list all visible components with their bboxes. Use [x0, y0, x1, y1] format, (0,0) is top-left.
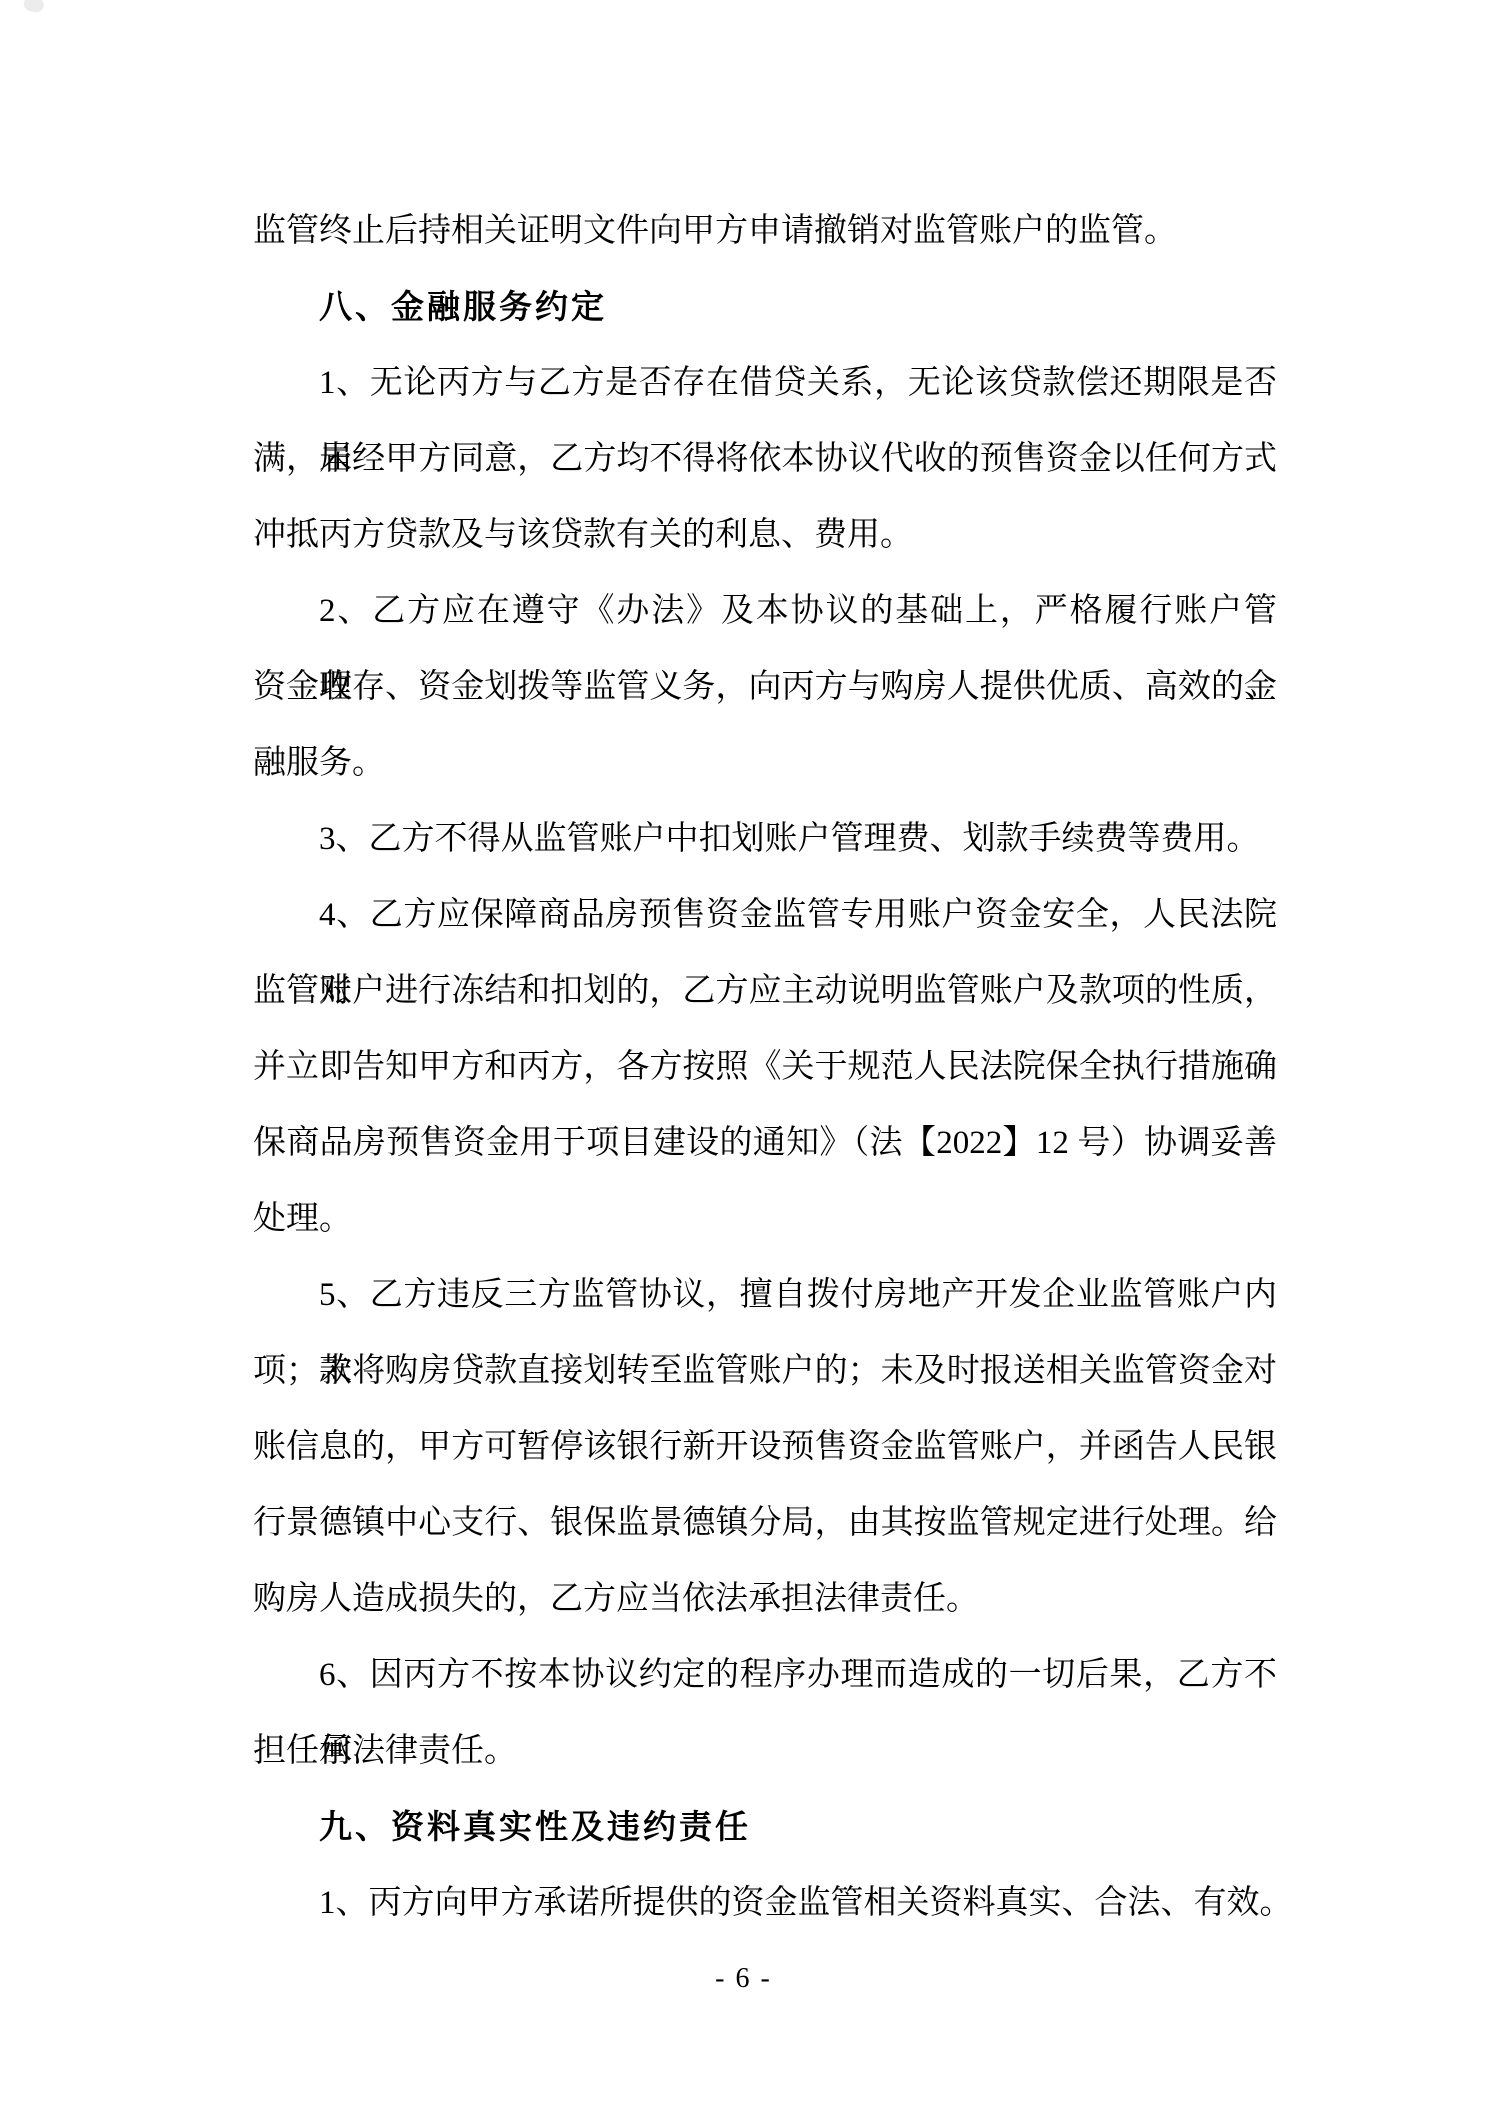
section-heading: 九、资料真实性及违约责任	[253, 1789, 1277, 1865]
scan-smudge-artifact	[22, 0, 46, 15]
text-line: 账信息的，甲方可暂停该银行新开设预售资金监管账户，并函告人民银	[253, 1409, 1277, 1485]
text-line: 行景德镇中心支行、银保监景德镇分局，由其按监管规定进行处理。给	[253, 1485, 1277, 1561]
text-line: 满，未经甲方同意，乙方均不得将依本协议代收的预售资金以任何方式	[253, 421, 1277, 497]
text-line: 6、因丙方不按本协议约定的程序办理而造成的一切后果，乙方不承	[253, 1637, 1277, 1713]
text-line: 4、乙方应保障商品房预售资金监管专用账户资金安全，人民法院对	[253, 877, 1277, 953]
text-line: 1、丙方向甲方承诺所提供的资金监管相关资料真实、合法、有效。	[253, 1865, 1277, 1941]
text-line: 购房人造成损失的，乙方应当依法承担法律责任。	[253, 1561, 1277, 1637]
text-line: 并立即告知甲方和丙方，各方按照《关于规范人民法院保全执行措施确	[253, 1029, 1277, 1105]
text-line: 担任何法律责任。	[253, 1713, 1277, 1789]
text-line: 融服务。	[253, 725, 1277, 801]
section-heading: 八、金融服务约定	[253, 269, 1277, 345]
document-page: 监管终止后持相关证明文件向甲方申请撤销对监管账户的监管。 八、金融服务约定 1、…	[0, 0, 1487, 2105]
text-line: 保商品房预售资金用于项目建设的通知》（法【2022】12 号）协调妥善	[253, 1105, 1277, 1181]
page-number: - 6 -	[0, 1962, 1487, 1996]
text-line: 资金收存、资金划拨等监管义务，向丙方与购房人提供优质、高效的金	[253, 649, 1277, 725]
text-line: 监管终止后持相关证明文件向甲方申请撤销对监管账户的监管。	[253, 193, 1277, 269]
text-line: 项；未将购房贷款直接划转至监管账户的；未及时报送相关监管资金对	[253, 1333, 1277, 1409]
text-line: 2、乙方应在遵守《办法》及本协议的基础上，严格履行账户管理、	[253, 573, 1277, 649]
document-body: 监管终止后持相关证明文件向甲方申请撤销对监管账户的监管。 八、金融服务约定 1、…	[253, 193, 1277, 1941]
text-line: 5、乙方违反三方监管协议，擅自拨付房地产开发企业监管账户内款	[253, 1257, 1277, 1333]
text-line: 处理。	[253, 1181, 1277, 1257]
text-line: 3、乙方不得从监管账户中扣划账户管理费、划款手续费等费用。	[253, 801, 1277, 877]
text-line: 监管账户进行冻结和扣划的，乙方应主动说明监管账户及款项的性质，	[253, 953, 1277, 1029]
text-line: 1、无论丙方与乙方是否存在借贷关系，无论该贷款偿还期限是否届	[253, 345, 1277, 421]
text-line: 冲抵丙方贷款及与该贷款有关的利息、费用。	[253, 497, 1277, 573]
